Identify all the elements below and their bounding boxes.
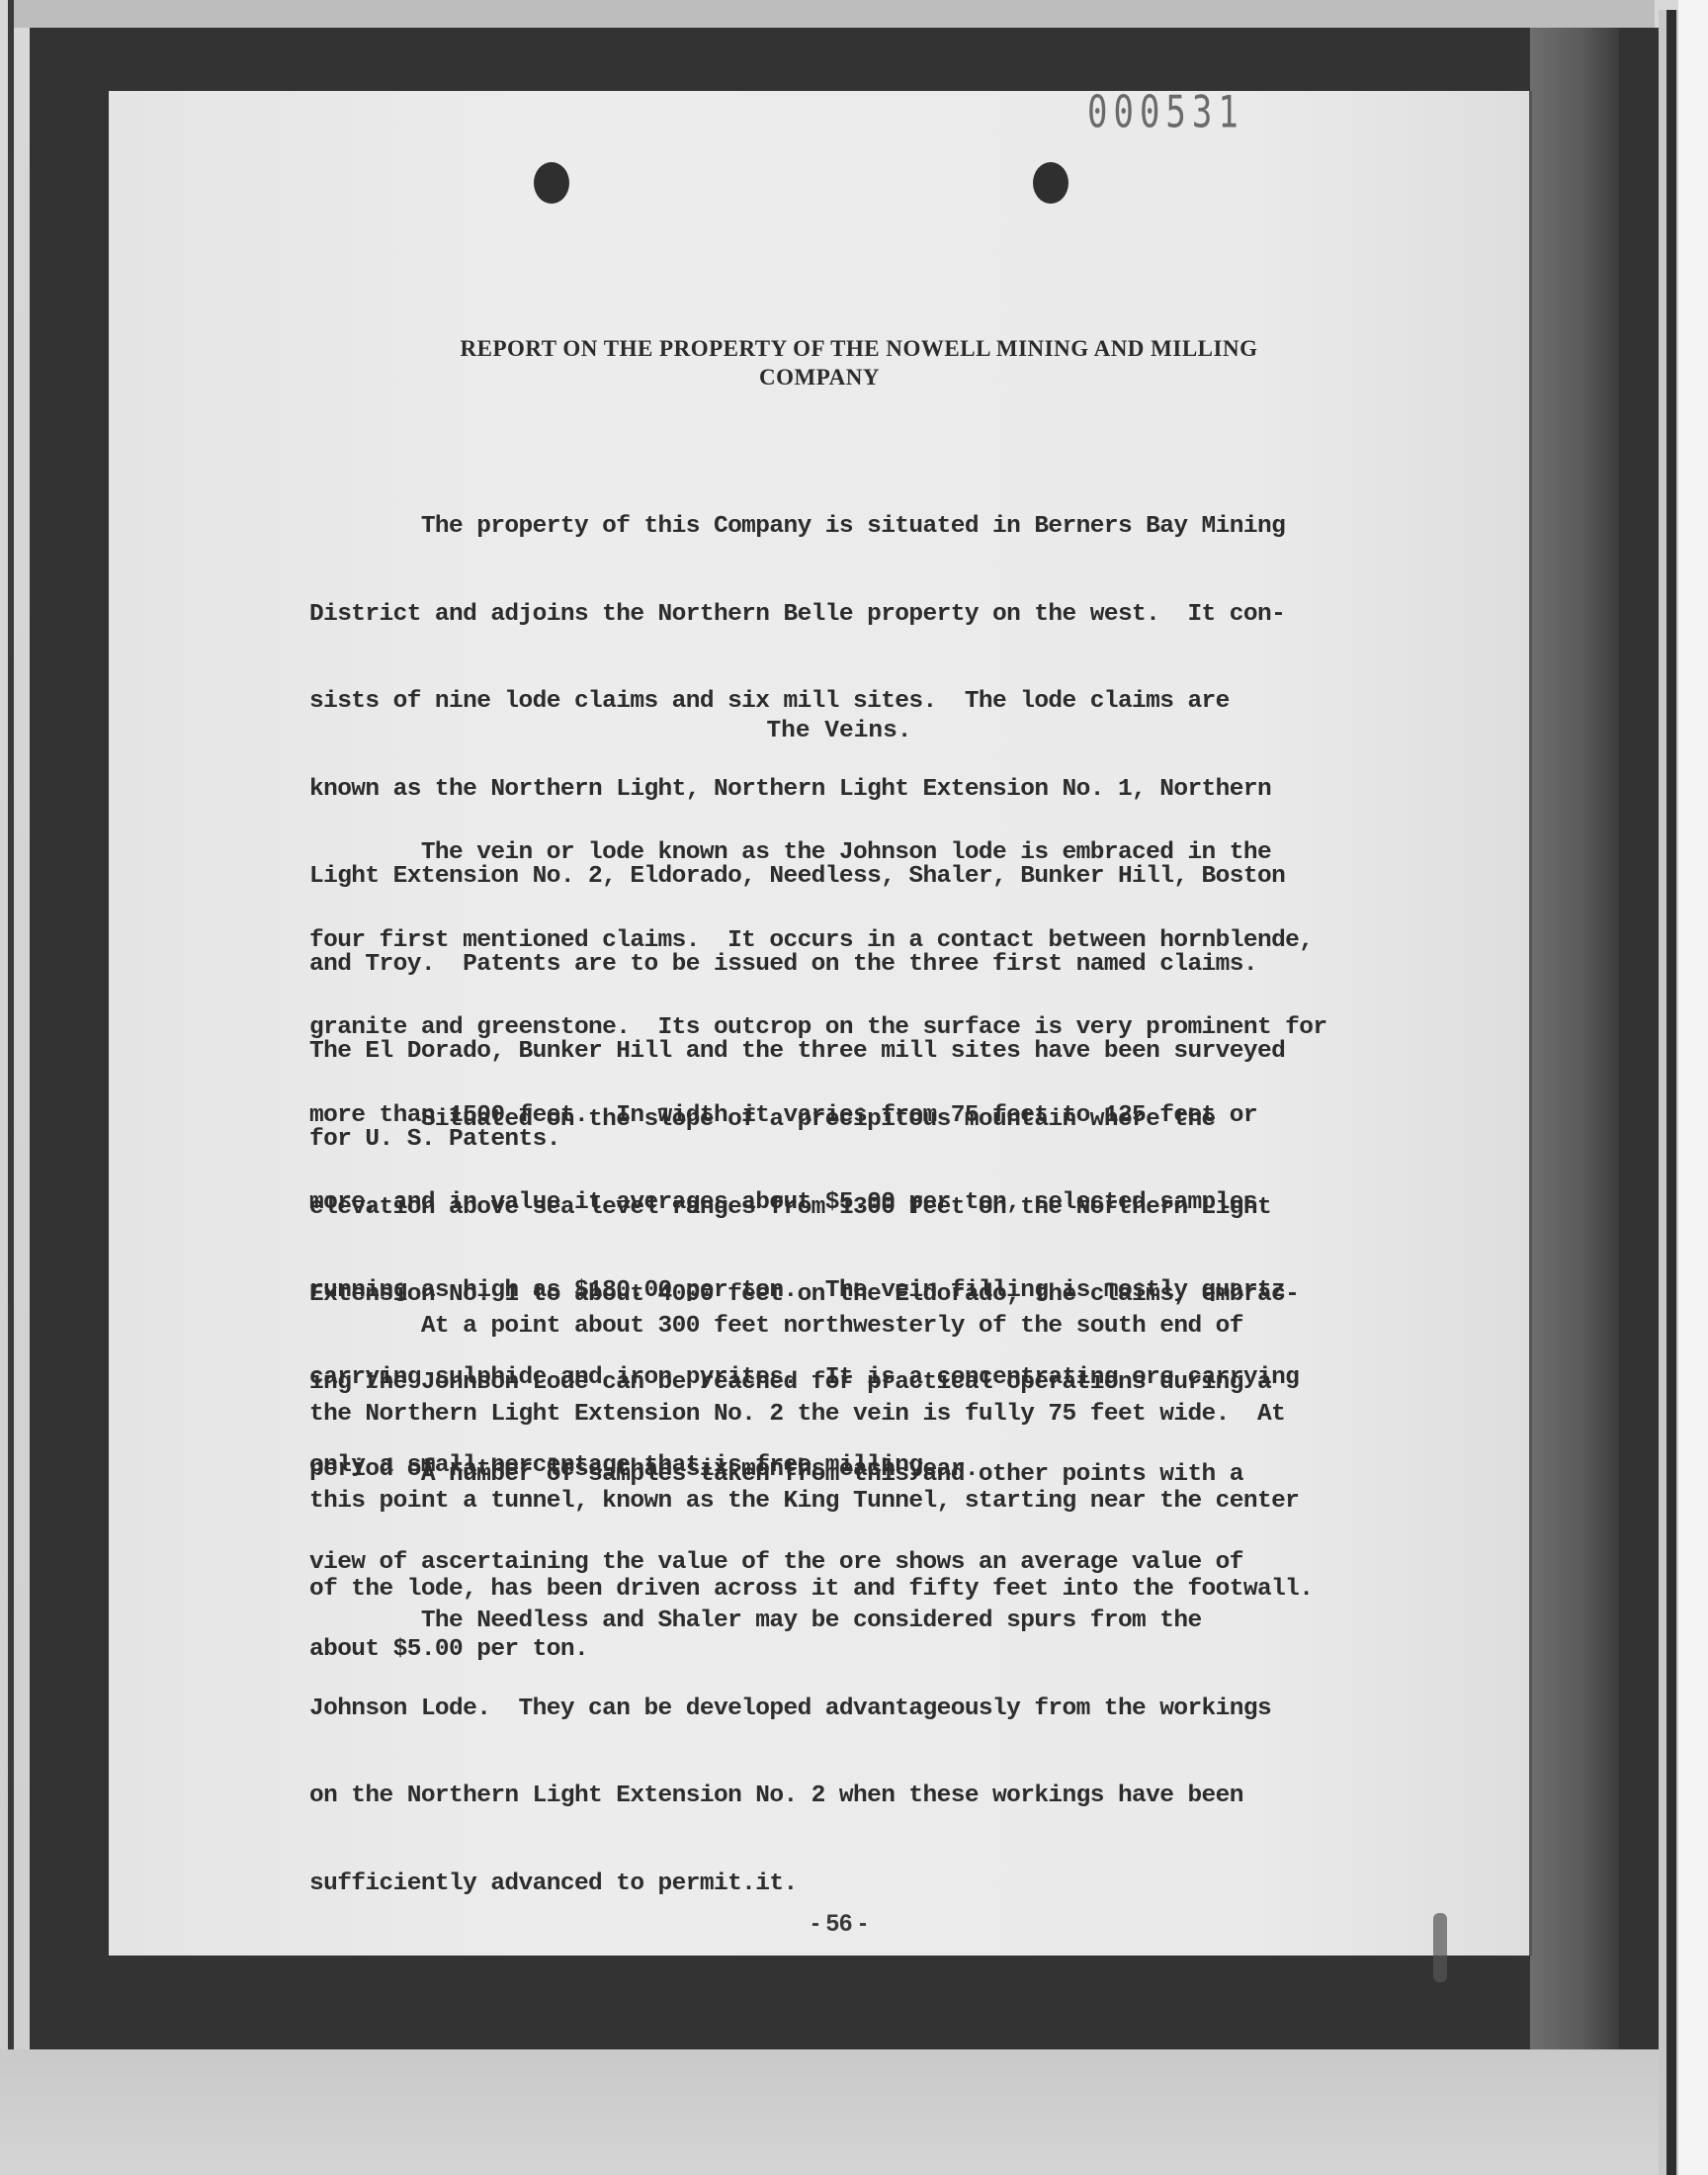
text-line: At a point about 300 feet northwesterly …	[309, 1312, 1426, 1342]
scan-right-margin	[1678, 0, 1708, 2175]
text-line: District and adjoins the Northern Belle …	[309, 600, 1426, 630]
title-line: COMPANY	[109, 363, 1530, 391]
scan-top-strip	[14, 0, 1655, 28]
punch-hole-icon	[1033, 162, 1068, 204]
document-title: REPORT ON THE PROPERTY OF THE NOWELL MIN…	[109, 334, 1530, 391]
document-page: 000531 REPORT ON THE PROPERTY OF THE NOW…	[109, 91, 1530, 1956]
text-line: four first mentioned claims. It occurs i…	[309, 926, 1426, 956]
page-number: - 56 -	[109, 1910, 1530, 1938]
punch-hole-icon	[534, 162, 569, 204]
text-line: on the Northern Light Extension No. 2 wh…	[309, 1782, 1426, 1811]
microfilm-frame-right-shade	[1530, 28, 1619, 2049]
scan-right-edge-dark	[1666, 10, 1676, 2175]
text-line: A number of samples taken from this and …	[309, 1460, 1426, 1490]
scan-left-strip	[8, 0, 14, 2051]
text-line: Situated on the slope of a precipitous m…	[309, 1105, 1426, 1135]
paragraph-needless-shaler: The Needless and Shaler may be considere…	[309, 1548, 1426, 1957]
text-line: sufficiently advanced to permit.it.	[309, 1870, 1426, 1899]
document-number: 000531	[1087, 87, 1244, 138]
scan-smudge	[1433, 1913, 1447, 1982]
text-line: The property of this Company is situated…	[309, 512, 1426, 542]
scan-bottom-area	[0, 2049, 1670, 2175]
title-line: REPORT ON THE PROPERTY OF THE NOWELL MIN…	[109, 334, 1530, 363]
section-heading: The Veins.	[109, 718, 1530, 744]
text-line: The Needless and Shaler may be considere…	[309, 1607, 1426, 1636]
text-line: granite and greenstone. Its outcrop on t…	[309, 1013, 1426, 1043]
text-line: The vein or lode known as the Johnson lo…	[309, 838, 1426, 868]
text-line: elevation above sea level ranges from 13…	[309, 1193, 1426, 1223]
text-line: Johnson Lode. They can be developed adva…	[309, 1695, 1426, 1724]
text-line: sists of nine lode claims and six mill s…	[309, 687, 1426, 717]
